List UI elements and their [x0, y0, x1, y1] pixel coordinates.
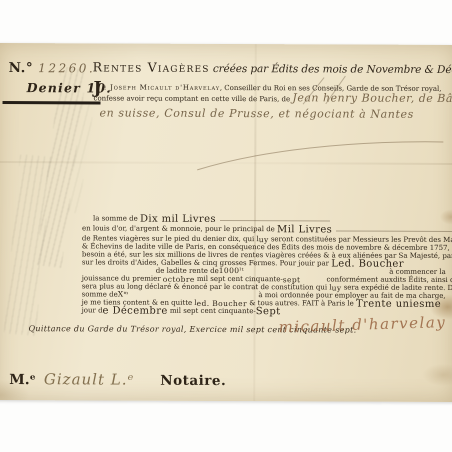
line-gap [244, 273, 389, 274]
ink-rule [220, 216, 330, 221]
printed-text: de ladite rente de [156, 267, 219, 275]
treasurer-name: e Joseph Micault d'Harvelay [103, 83, 220, 92]
payer-name-handwritten: Jean henry Boucher, de Bâle [292, 91, 452, 105]
title-caps: Rentes Viagères [93, 59, 210, 75]
notary-name-handwritten: Gizault L.ᵉ [44, 370, 134, 388]
number-label: N.° [9, 60, 34, 76]
photo-background: N.° 12260. Denier 10. Rentes Viagères cr… [0, 0, 452, 452]
number-value-handwritten: 12260. [38, 61, 95, 75]
notary-prefix: M.ᵉ [9, 372, 36, 388]
notary-line: M.ᵉGizault L.ᵉNotaire. [9, 369, 226, 389]
printed-text: jour d [82, 306, 103, 314]
sum-abbrev-handwritten: Xᵐ [118, 291, 129, 299]
document-title: Rentes Viagères créées par Édits des moi… [93, 56, 449, 77]
preamble-line2-printed: confesse avoir reçu comptant en cette vi… [94, 94, 293, 103]
year-handwritten: Sept [256, 306, 281, 317]
amount-handwritten: Dix mil Livres [140, 214, 216, 225]
month-handwritten: e Décembre [103, 305, 168, 316]
body-line: sur les droits d'Aides, Gabelles & cinq … [82, 258, 446, 268]
line-gap [129, 297, 259, 298]
preamble-paragraph: Je Joseph Micault d'Harvelay, Conseiller… [94, 83, 448, 104]
ink-rule [336, 226, 452, 232]
day-handwritten: Trente uniesme [356, 299, 441, 310]
principal-handwritten: Mil Livres [277, 224, 332, 235]
printed-text: en louis d'or, d'argent & monnoie, pour … [82, 224, 277, 233]
header-rule [3, 101, 101, 104]
printed-text: à commencer la [389, 268, 446, 276]
treasurer-signature: micault d'harvelay [278, 313, 446, 336]
preamble-line-2: confesse avoir reçu comptant en cette vi… [94, 93, 448, 104]
rente-amount-handwritten: 1000ˡᵗ [219, 267, 244, 275]
printed-text: mil sept cent cinquante- [168, 307, 256, 315]
printed-text: la somme de [93, 214, 140, 222]
printed-text: somme de [82, 290, 118, 298]
ink-flourish-line [191, 136, 449, 175]
document-paper: N.° 12260. Denier 10. Rentes Viagères cr… [0, 43, 452, 402]
body-paragraph: la somme de Dix mil Livres en louis d'or… [82, 214, 446, 316]
notary-label: Notaire. [160, 373, 226, 389]
payer-title-handwritten: en suisse, Consul de Prusse, et négocian… [99, 106, 413, 120]
title-italic: créées par Édits des mois de Novembre & … [210, 63, 452, 76]
document-number: N.° 12260. [9, 57, 96, 76]
